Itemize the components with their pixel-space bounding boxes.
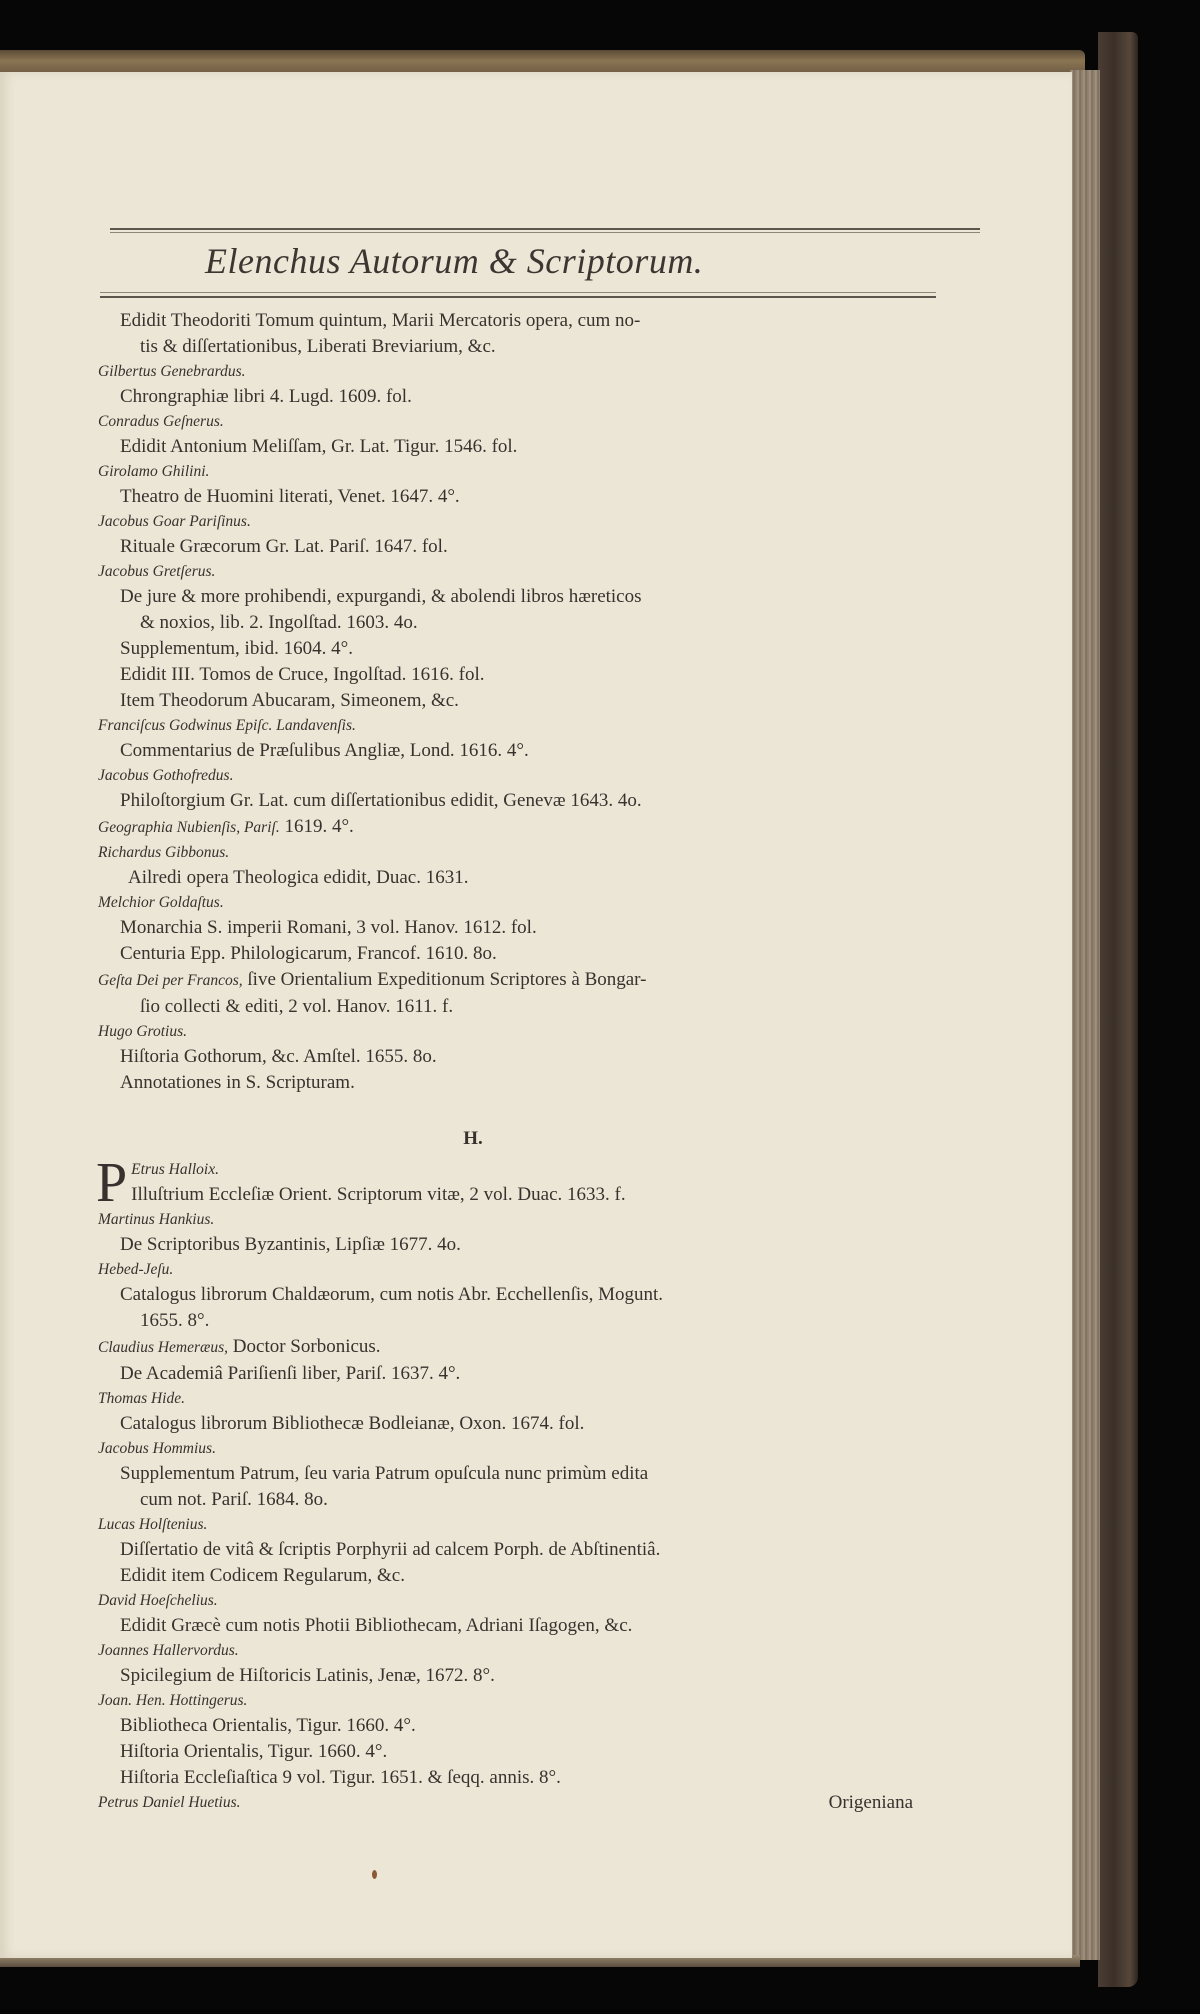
- author-name: Girolamo Ghilini.: [98, 460, 818, 484]
- author-name: Richardus Gibbonus.: [98, 841, 818, 865]
- paper-stain: [372, 1870, 377, 1879]
- work-entry: Hiſtoria Orientalis, Tigur. 1660. 4°.: [120, 1739, 818, 1765]
- author-name: Hugo Grotius.: [98, 1020, 818, 1044]
- author-entry-inline: Geſta Dei per Francos, ſive Orientalium …: [98, 967, 818, 994]
- author-name: Conradus Geſnerus.: [98, 410, 818, 434]
- work-entry: Hiſtoria Eccleſiaſtica 9 vol. Tigur. 165…: [120, 1765, 818, 1791]
- section-heading-h: H.: [128, 1126, 818, 1152]
- author-entry-inline: Claudius Hemeræus, Doctor Sorbonicus.: [98, 1334, 818, 1361]
- work-entry: Spicilegium de Hiſtoricis Latinis, Jenæ,…: [120, 1663, 818, 1689]
- work-entry: Centuria Epp. Philologicarum, Francof. 1…: [120, 941, 818, 967]
- book-cover-spine-edge: [1098, 32, 1138, 1987]
- author-name: Geographia Nubienſis, Pariſ.: [98, 819, 280, 836]
- work-entry: Rituale Græcorum Gr. Lat. Pariſ. 1647. f…: [120, 534, 818, 560]
- entry-continuation: ſio collecti & editi, 2 vol. Hanov. 1611…: [140, 994, 818, 1020]
- author-name: Petrus Daniel Huetius.: [98, 1794, 241, 1811]
- author-name: Lucas Holſtenius.: [98, 1513, 818, 1537]
- work-entry: Hiſtoria Gothorum, &c. Amſtel. 1655. 8o.: [120, 1044, 818, 1070]
- work-entry: Ailredi opera Theologica edidit, Duac. 1…: [128, 865, 818, 891]
- book-photo: Elenchus Autorum & Scriptorum. Edidit Th…: [0, 0, 1200, 2014]
- book-cover-top-edge: [0, 50, 1085, 74]
- work-entry: Annotationes in S. Scripturam.: [120, 1070, 818, 1096]
- entry-continuation: cum not. Pariſ. 1684. 8o.: [140, 1487, 818, 1513]
- work-entry: Supplementum, ibid. 1604. 4°.: [120, 636, 818, 662]
- last-author-line: Petrus Daniel Huetius. Origeniana: [98, 1791, 818, 1815]
- work-entry: Catalogus librorum Bibliothecæ Bodleianæ…: [120, 1411, 818, 1437]
- author-name: Thomas Hide.: [98, 1387, 818, 1411]
- entry-continuation: 1655. 8°.: [140, 1308, 818, 1334]
- work-entry: Monarchia S. imperii Romani, 3 vol. Hano…: [120, 915, 818, 941]
- page-content: Edidit Theodoriti Tomum quintum, Marii M…: [98, 308, 818, 1815]
- entry-continuation: & noxios, lib. 2. Ingolſtad. 1603. 4o.: [140, 610, 818, 636]
- section-g-entries: Edidit Theodoriti Tomum quintum, Marii M…: [98, 308, 818, 1096]
- work-entry: Edidit Theodoriti Tomum quintum, Marii M…: [120, 308, 818, 334]
- work-entry: Item Theodorum Abucaram, Simeonem, &c.: [120, 688, 818, 714]
- header-rule-bottom-thin: [100, 292, 936, 293]
- author-name: Jacobus Goar Pariſinus.: [98, 510, 818, 534]
- work-entry: Edidit III. Tomos de Cruce, Ingolſtad. 1…: [120, 662, 818, 688]
- section-h-entries: Illuſtrium Eccleſiæ Orient. Scriptorum v…: [98, 1182, 818, 1791]
- author-name: Geſta Dei per Francos,: [98, 972, 243, 989]
- work-entry: Bibliotheca Orientalis, Tigur. 1660. 4°.: [120, 1713, 818, 1739]
- work-entry: Theatro de Huomini literati, Venet. 1647…: [120, 484, 818, 510]
- author-name: Hebed-Jeſu.: [98, 1258, 818, 1282]
- author-name: Jacobus Gothofredus.: [98, 764, 818, 788]
- work-entry: Philoſtorgium Gr. Lat. cum diſſertationi…: [120, 788, 818, 814]
- author-name: Jacobus Hommius.: [98, 1437, 818, 1461]
- entry-text: Doctor Sorbonicus.: [228, 1336, 381, 1357]
- entry-text: 1619. 4°.: [280, 816, 354, 837]
- running-title: Elenchus Autorum & Scriptorum.: [205, 240, 703, 282]
- header-rule-top: [110, 228, 980, 230]
- author-name: Jacobus Gretſerus.: [98, 560, 818, 584]
- work-entry: De Scriptoribus Byzantinis, Lipſiæ 1677.…: [120, 1232, 818, 1258]
- section-h-first-entry: P Etrus Halloix.: [98, 1158, 818, 1182]
- catchword: Origeniana: [829, 1791, 913, 1815]
- work-entry: Catalogus librorum Chaldæorum, cum notis…: [120, 1282, 818, 1308]
- author-name: Martinus Hankius.: [98, 1208, 818, 1232]
- work-entry: Edidit Antonium Meliſſam, Gr. Lat. Tigur…: [120, 434, 818, 460]
- entry-continuation: tis & diſſertationibus, Liberati Breviar…: [140, 334, 818, 360]
- header-rule-bottom: [100, 296, 936, 298]
- author-name: Melchior Goldaſtus.: [98, 891, 818, 915]
- work-entry: De Academiâ Pariſienſi liber, Pariſ. 163…: [120, 1361, 818, 1387]
- author-name: Franciſcus Godwinus Epiſc. Landavenſis.: [98, 714, 818, 738]
- author-name: Etrus Halloix.: [98, 1158, 818, 1182]
- work-entry: Supplementum Patrum, ſeu varia Patrum op…: [120, 1461, 818, 1487]
- work-entry: Illuſtrium Eccleſiæ Orient. Scriptorum v…: [128, 1182, 818, 1208]
- work-entry: Chrongraphiæ libri 4. Lugd. 1609. fol.: [120, 384, 818, 410]
- author-name: Gilbertus Genebrardus.: [98, 360, 818, 384]
- drop-cap: P: [96, 1160, 127, 1206]
- work-entry: Edidit Græcè cum notis Photii Bibliothec…: [120, 1613, 818, 1639]
- work-entry: De jure & more prohibendi, expurgandi, &…: [120, 584, 818, 610]
- entry-text: ſive Orientalium Expeditionum Scriptores…: [243, 969, 647, 990]
- work-entry: Diſſertatio de vitâ & ſcriptis Porphyrii…: [120, 1537, 818, 1563]
- work-entry: Commentarius de Præſulibus Angliæ, Lond.…: [120, 738, 818, 764]
- author-name: Joannes Hallervordus.: [98, 1639, 818, 1663]
- author-name: Claudius Hemeræus,: [98, 1339, 228, 1356]
- author-entry-inline: Geographia Nubienſis, Pariſ. 1619. 4°.: [98, 814, 818, 841]
- author-name: Joan. Hen. Hottingerus.: [98, 1689, 818, 1713]
- author-name: David Hoeſchelius.: [98, 1589, 818, 1613]
- header-rule-top-thin: [110, 232, 980, 233]
- work-entry: Edidit item Codicem Regularum, &c.: [120, 1563, 818, 1589]
- page-block-edges: [1070, 70, 1100, 1960]
